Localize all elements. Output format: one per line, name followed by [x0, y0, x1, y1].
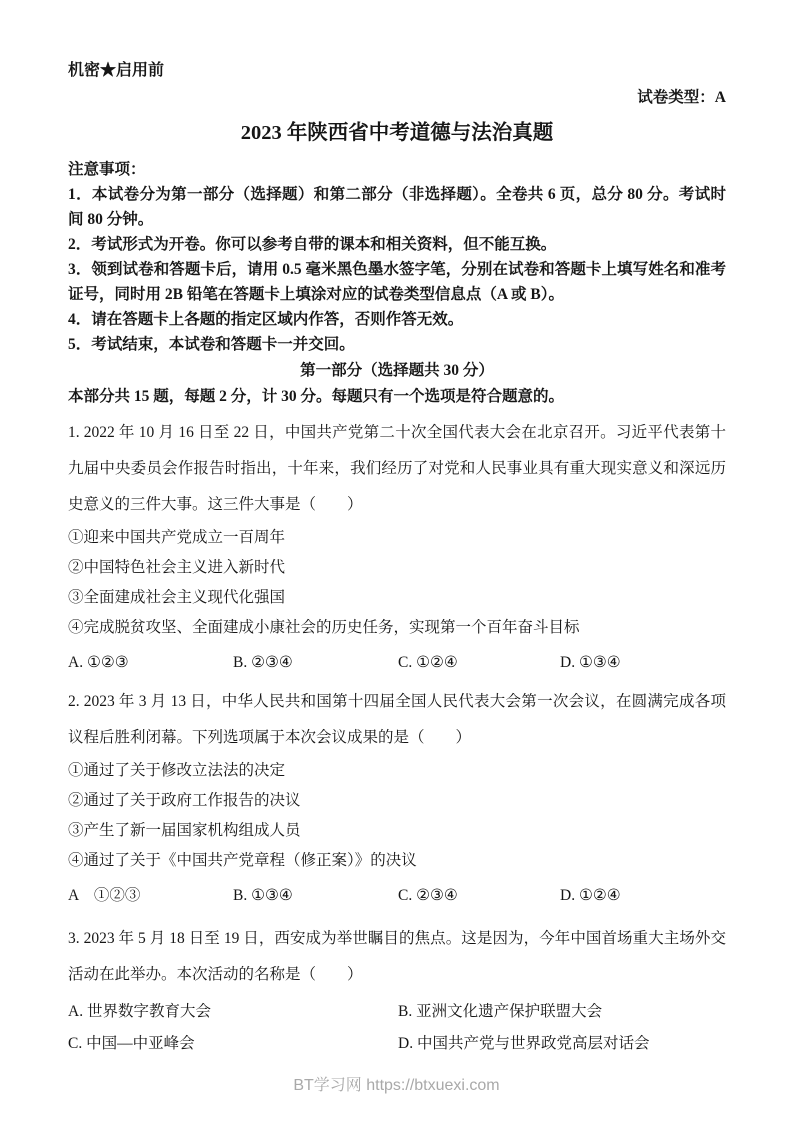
- notice-heading: 注意事项：: [68, 157, 726, 182]
- question-2-stem: 2. 2023 年 3 月 13 日，中华人民共和国第十四届全国人民代表大会第一…: [68, 684, 726, 756]
- question-2: 2. 2023 年 3 月 13 日，中华人民共和国第十四届全国人民代表大会第一…: [68, 684, 726, 911]
- question-1-choice-d: D. ①③④: [560, 648, 726, 678]
- question-1-choice-c: C. ①②④: [398, 648, 560, 678]
- notice-item-4: 4．请在答题卡上各题的指定区域内作答，否则作答无效。: [68, 307, 726, 332]
- notice-item-5: 5．考试结束，本试卷和答题卡一并交回。: [68, 332, 726, 357]
- question-1-stem: 1. 2022 年 10 月 16 日至 22 日，中国共产党第二十次全国代表大…: [68, 415, 726, 523]
- notice-section: 注意事项： 1．本试卷分为第一部分（选择题）和第二部分（非选择题）。全卷共 6 …: [68, 157, 726, 357]
- question-3: 3. 2023 年 5 月 18 日至 19 日，西安成为举世瞩目的焦点。这是因…: [68, 921, 726, 1060]
- question-3-choices-grid: A. 世界数字教育大会 B. 亚洲文化遗产保护联盟大会 C. 中国—中亚峰会 D…: [68, 996, 726, 1060]
- question-1-option-4: ④完成脱贫攻坚、全面建成小康社会的历史任务，实现第一个百年奋斗目标: [68, 613, 726, 643]
- question-1: 1. 2022 年 10 月 16 日至 22 日，中国共产党第二十次全国代表大…: [68, 415, 726, 678]
- question-1-choices-row: A. ①②③ B. ②③④ C. ①②④ D. ①③④: [68, 648, 726, 678]
- exam-paper-page: 机密★启用前 试卷类型：A 2023 年陕西省中考道德与法治真题 注意事项： 1…: [0, 0, 793, 1122]
- question-2-option-2: ②通过了关于政府工作报告的决议: [68, 786, 726, 816]
- watermark-footer: BT学习网 https://btxuexi.com: [0, 1076, 793, 1096]
- question-1-option-3: ③全面建成社会主义现代化强国: [68, 583, 726, 613]
- question-2-option-4: ④通过了关于《中国共产党章程（修正案）》的决议: [68, 846, 726, 876]
- question-2-choice-b: B. ①③④: [233, 881, 398, 911]
- notice-item-1: 1．本试卷分为第一部分（选择题）和第二部分（非选择题）。全卷共 6 页，总分 8…: [68, 182, 726, 232]
- question-3-choice-c: C. 中国—中亚峰会: [68, 1028, 398, 1060]
- question-1-choice-a: A. ①②③: [68, 648, 233, 678]
- page-title: 2023 年陕西省中考道德与法治真题: [68, 119, 726, 147]
- section-heading: 第一部分（选择题共 30 分）: [68, 358, 726, 384]
- question-2-choice-d: D. ①②④: [560, 881, 726, 911]
- question-2-choices-row: A ①②③ B. ①③④ C. ②③④ D. ①②④: [68, 881, 726, 911]
- question-3-choice-b: B. 亚洲文化遗产保护联盟大会: [398, 996, 726, 1028]
- question-3-choice-d: D. 中国共产党与世界政党高层对话会: [398, 1028, 726, 1060]
- notice-item-3: 3．领到试卷和答题卡后，请用 0.5 毫米黑色墨水签字笔，分别在试卷和答题卡上填…: [68, 257, 726, 307]
- question-2-choice-a: A ①②③: [68, 881, 233, 911]
- question-3-stem: 3. 2023 年 5 月 18 日至 19 日，西安成为举世瞩目的焦点。这是因…: [68, 921, 726, 993]
- section-intro: 本部分共 15 题，每题 2 分，计 30 分。每题只有一个选项是符合题意的。: [68, 384, 726, 409]
- question-2-option-3: ③产生了新一届国家机构组成人员: [68, 816, 726, 846]
- question-1-option-1: ①迎来中国共产党成立一百周年: [68, 523, 726, 553]
- question-1-choice-b: B. ②③④: [233, 648, 398, 678]
- confidential-label: 机密★启用前: [68, 60, 726, 82]
- paper-type-label: 试卷类型：A: [68, 87, 726, 109]
- question-2-option-1: ①通过了关于修改立法法的决定: [68, 756, 726, 786]
- notice-item-2: 2．考试形式为开卷。你可以参考自带的课本和相关资料，但不能互换。: [68, 232, 726, 257]
- question-2-choice-c: C. ②③④: [398, 881, 560, 911]
- question-3-choice-a: A. 世界数字教育大会: [68, 996, 398, 1028]
- question-1-option-2: ②中国特色社会主义进入新时代: [68, 553, 726, 583]
